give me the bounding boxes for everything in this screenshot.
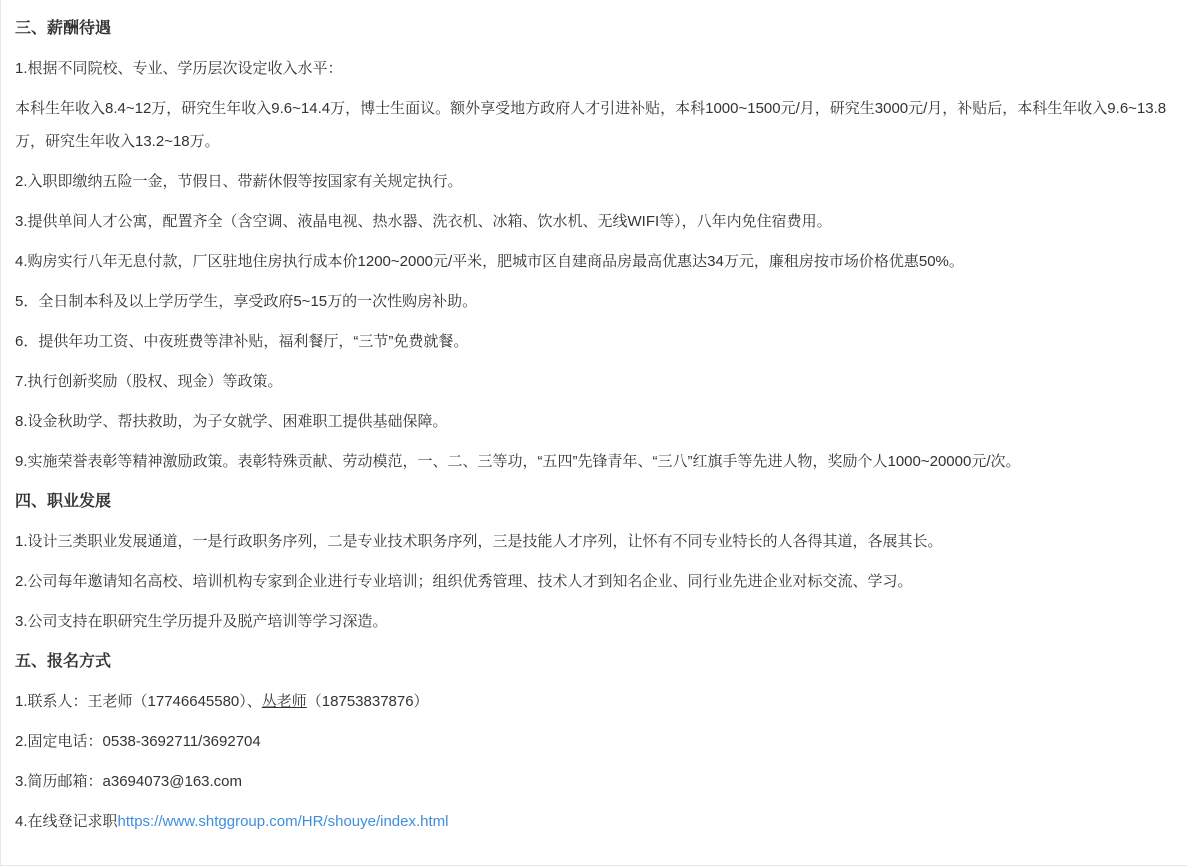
online-apply-line: 4.在线登记求职https://www.shtggroup.com/HR/sho… [15,805,1175,838]
email-line: 3.简历邮箱：a3694073@163.com [15,765,1175,798]
salary-item: 9.实施荣誉表彰等精神激励政策。表彰特殊贡献、劳动模范，一、二、三等功，“五四”… [15,445,1175,478]
contact-line: 1.联系人：王老师（17746645580）、丛老师（18753837876） [15,685,1175,718]
salary-item: 本科生年收入8.4~12万，研究生年收入9.6~14.4万，博士生面议。额外享受… [15,92,1175,158]
salary-item: 8.设金秋助学、帮扶救助，为子女就学、困难职工提供基础保障。 [15,405,1175,438]
contact-name-underlined: 丛老师 [262,693,307,710]
online-apply-prefix: 4.在线登记求职 [15,813,118,830]
salary-item: 6．提供年功工资、中夜班费等津补贴，福利餐厅，“三节”免费就餐。 [15,325,1175,358]
phone-line: 2.固定电话：0538-3692711/3692704 [15,725,1175,758]
contact-suffix: （18753837876） [307,693,429,710]
salary-item: 4.购房实行八年无息付款，厂区驻地住房执行成本价1200~2000元/平米，肥城… [15,245,1175,278]
apply-section-heading: 五、报名方式 [15,645,1175,678]
salary-item: 5．全日制本科及以上学历学生，享受政府5~15万的一次性购房补助。 [15,285,1175,318]
career-section-heading: 四、职业发展 [15,485,1175,518]
online-apply-link[interactable]: https://www.shtggroup.com/HR/shouye/inde… [118,813,449,830]
job-posting-document: 三、薪酬待遇 1.根据不同院校、专业、学历层次设定收入水平： 本科生年收入8.4… [0,0,1187,866]
career-item: 1.设计三类职业发展通道，一是行政职务序列，二是专业技术职务序列，三是技能人才序… [15,525,1175,558]
salary-section-heading: 三、薪酬待遇 [15,12,1175,45]
salary-item: 7.执行创新奖励（股权、现金）等政策。 [15,365,1175,398]
career-item: 3.公司支持在职研究生学历提升及脱产培训等学习深造。 [15,605,1175,638]
salary-item: 1.根据不同院校、专业、学历层次设定收入水平： [15,52,1175,85]
career-item: 2.公司每年邀请知名高校、培训机构专家到企业进行专业培训；组织优秀管理、技术人才… [15,565,1175,598]
salary-item: 2.入职即缴纳五险一金，节假日、带薪休假等按国家有关规定执行。 [15,165,1175,198]
salary-item: 3.提供单间人才公寓，配置齐全（含空调、液晶电视、热水器、洗衣机、冰箱、饮水机、… [15,205,1175,238]
contact-prefix: 1.联系人：王老师（17746645580）、 [15,693,262,710]
